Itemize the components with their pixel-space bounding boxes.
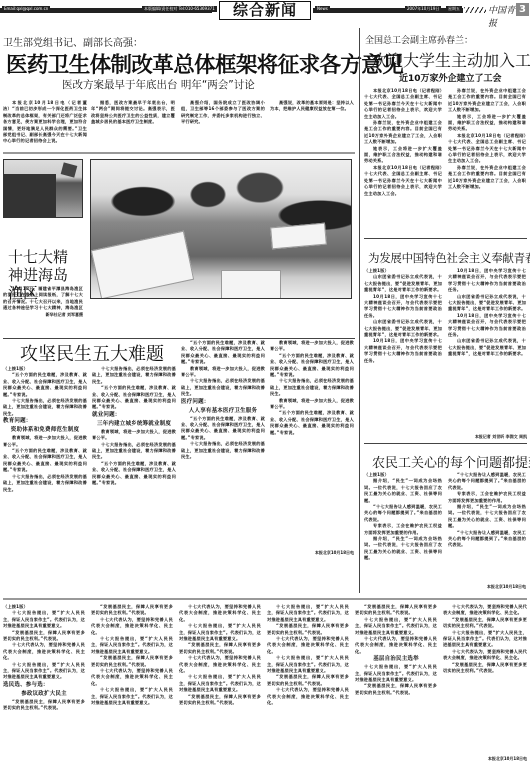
lead-headline: 医药卫生体制改革总体框架将征求各方意见	[6, 48, 403, 79]
bottom-col-3: 十七大代表认为，要坚持和完善人民代表大会制度，推进决策科学化、民主化。 十七大报…	[179, 604, 261, 763]
right-col-1: 本报北京10月18日电（记者程刚）十七大代表、全国总工会副主席、书记处第一书记孙…	[364, 88, 442, 230]
photo-small-village	[3, 159, 83, 218]
main-col-2: 十七大报告指出，必须在经济发展的基础上，更加注重社会建设，着力保障和改善民生。 …	[92, 366, 176, 556]
mid-right-col-2: 10月18日，团中央学习宣传十七大精神座谈会召开，与会代表表示要把学习贯彻十七大…	[448, 268, 526, 428]
main-col-1: （上接1版） “五个方面的民生难题，涉及教育、就业、收入分配、社会保障和医疗卫生…	[3, 366, 87, 556]
divider-photos	[3, 338, 355, 339]
main-headline: 攻坚民生五大难题	[20, 340, 164, 366]
main-col-3: “五个方面的民生难题，涉及教育、就业、收入分配、社会保障和医疗卫生，是人民群众最…	[181, 340, 265, 556]
section-title: 综合新闻	[219, 1, 311, 20]
bottom-right-byline: 本报北京10月18日电	[448, 583, 526, 590]
main-col-4: 教育领域，将进一步加大投入，促进教育公平。 “五个方面的民生难题，涉及教育、就业…	[270, 340, 354, 548]
divider-lead	[3, 152, 355, 154]
mid-right-credits: 本报记者 刘世昕 李润文 周凯	[364, 433, 527, 440]
page-number: 3	[516, 3, 529, 16]
bottom-right-col-1: （上接1版） 据介绍，“民生”一词成为会场热词。一位代表说，十七大报告回应了农民…	[364, 472, 442, 590]
lead-body-col-3: 高强介绍，国务院成立了医改协调小组，卫生部等16个部委参与了医改方案的研究制定工…	[181, 100, 265, 146]
newspaper-prop	[270, 223, 327, 250]
mid-right-col-1: （上接1版） 山东团省委书记孙立成代表说，十七大报告提出，要“促进发展青年、更加…	[364, 268, 442, 428]
masthead-weekday: 星期五	[446, 6, 462, 12]
bottom-col-5: “发展基层民主，保障人民享有更多更切实的民主权利。”代表说。 十七大报告提出，要…	[355, 604, 437, 763]
mid-right-headline: 为发展中国特色社会主义奉献青春和力量	[368, 250, 530, 266]
lead-body-col-4: 高强说，改革的基本原则是：坚持以人为本，把维护人民健康权益放在第一位。	[270, 100, 354, 146]
bottom-col-6: 十七大代表认为，要坚持和完善人民代表大会制度，推进决策科学化、民主化。 “发展基…	[443, 604, 527, 754]
caption-body: 10月18日，福建省平潭县海岛渔区的渔民们在渔船上阅读报纸，了解十七大的召开情况…	[3, 286, 83, 312]
main-byline: 本报北京10月18日电	[270, 549, 354, 556]
masthead-hatch	[464, 7, 486, 13]
newspaper-prop	[91, 231, 194, 299]
caption-credit: 新华社记者 刘军喜摄	[3, 311, 83, 318]
bottom-right-headline: 农民工关心的每个问题都提到了	[372, 452, 530, 471]
lead-body-col-2: 据悉，医改方案最早于年底出台，明年“两会”期间将提交讨论。高强表示，医改将坚持公…	[91, 100, 175, 146]
bottom-col-4: 十七大报告提出，要“扩大人民民主，保证人民当家作主”。代表们认为，这对推进基层民…	[267, 604, 349, 763]
bottom-byline: 本报北京10月18日电	[443, 755, 527, 762]
right-subhead: 近10万家外企建立了工会	[399, 71, 502, 84]
house-shape	[4, 174, 56, 218]
masthead-news-label: News	[315, 6, 330, 12]
lead-body-col-1: 本报北京10月18日电（记者董洁）“当前已初步形成一个深化医药卫生体制改革的总体…	[3, 100, 87, 146]
lead-kicker: 卫生部党组书记、副部长高强：	[3, 34, 143, 49]
masthead-email: Email:qxl@qxl.com.cn	[2, 6, 50, 12]
flag-shape	[61, 162, 78, 177]
masthead-date: 2007年10月19日	[405, 6, 441, 12]
newspaper-prop	[221, 270, 281, 299]
lead-subhead: 医改方案最早于年底出台 明年“两会”讨论	[62, 77, 255, 92]
masthead-editor: 本版编辑/责任校对 Tel:010-65369371	[142, 6, 217, 12]
masthead: Email:qxl@qxl.com.cn 本版编辑/责任校对 Tel:010-6…	[0, 0, 530, 20]
divider-right-2	[364, 443, 527, 444]
photo-main-fishermen	[90, 159, 352, 299]
right-kicker: 全国总工会副主席孙春兰：	[365, 33, 473, 46]
bottom-col-1: （上接1版） 十七大报告提出，要“扩大人民民主，保证人民当家作主”。代表们认为，…	[3, 604, 85, 763]
right-col-2: 孙春兰说，在外资企业中组建工会是工会工作的重要内容。目前全国已有近10万家外资企…	[448, 88, 526, 230]
column-divider	[359, 28, 360, 593]
right-headline: 欢迎大学生主动加入工会	[371, 48, 530, 71]
divider-right-1	[364, 238, 527, 239]
divider-bottom	[3, 598, 527, 600]
bottom-right-col-2: “十七大报告让人感到温暖，农民工关心的每个问题都提到了。”来自基层的代表说。 专…	[448, 472, 526, 582]
bottom-col-2: “发展基层民主，保障人民享有更多更切实的民主权利。”代表说。 十七大代表认为，要…	[91, 604, 173, 763]
